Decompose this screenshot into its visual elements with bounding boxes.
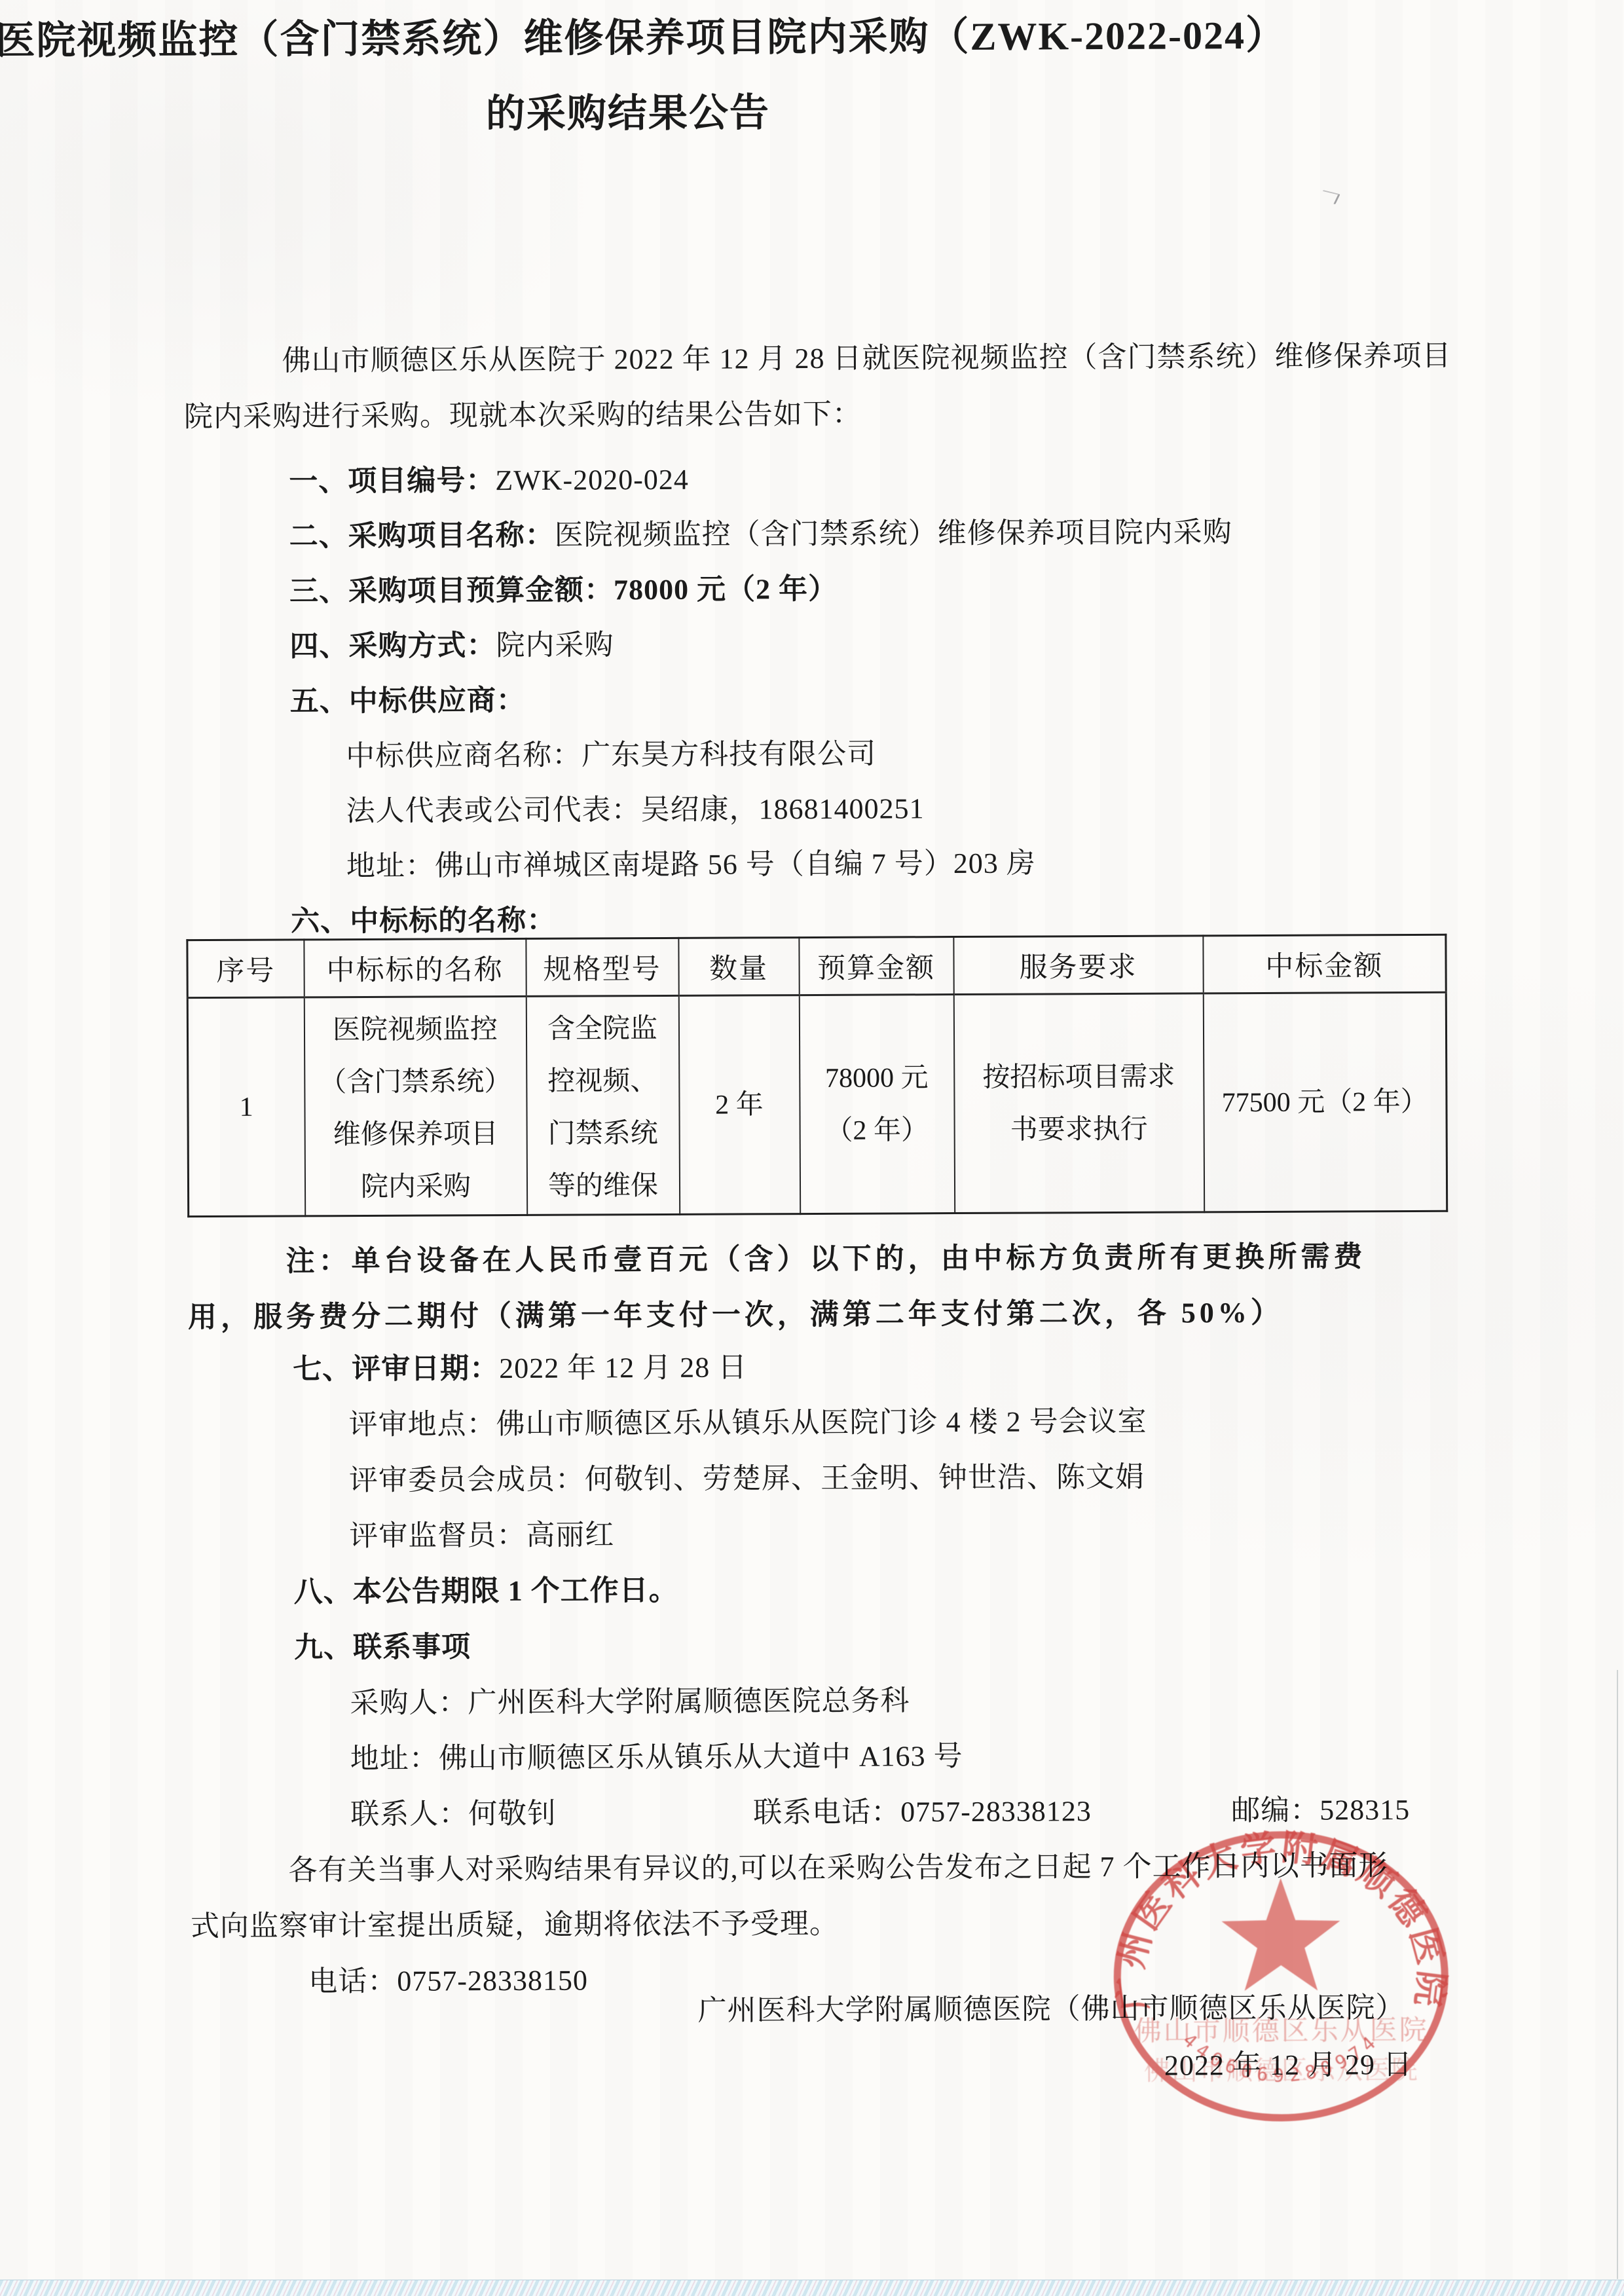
cell-qty: 2 年 xyxy=(678,995,800,1215)
signature-date: 2022 年 12 月 29 日 xyxy=(1164,2042,1412,2089)
note-line-2: 用，服务费分二期付（满第一年支付一次，满第二年支付第二次，各 50%） xyxy=(188,1284,1452,1345)
document-title-line2: 的采购结果公告 xyxy=(0,73,1260,154)
supplier-name-line: 中标供应商名称：广东昊方科技有限公司 xyxy=(185,724,1449,785)
item-1-project-number: 一、项目编号：ZWK-2020-024 xyxy=(184,449,1448,509)
review-supervisor-line: 评审监督员：高丽红 xyxy=(189,1504,1452,1565)
item-4-method: 四、采购方式：院内采购 xyxy=(185,614,1449,675)
review-committee-line: 评审委员会成员：何敬钊、劳楚屏、王金明、钟世浩、陈文娟 xyxy=(189,1448,1452,1509)
contact-person: 联系人：何敬钊 xyxy=(350,1786,557,1842)
item-3-budget: 三、采购项目预算金额：78000 元（2 年） xyxy=(185,559,1449,620)
supplier-representative-line: 法人代表或公司代表：吴绍康，18681400251 xyxy=(185,779,1449,840)
cell-seq: 1 xyxy=(187,997,304,1217)
header-service: 服务要求 xyxy=(953,936,1203,995)
award-table-header-row: 序号 中标标的名称 规格型号 数量 预算金额 服务要求 中标金额 xyxy=(187,935,1446,997)
objection-line-1: 各有关当事人对采购结果有异议的,可以在采购公告发布之日起 7 个工作日内以书面形 xyxy=(190,1838,1454,1898)
items-section-1: 一、项目编号：ZWK-2020-024 二、采购项目名称：医院视频监控（含门禁系… xyxy=(184,449,1450,950)
objection-line-2: 式向监察审计室提出质疑，逾期将依法不予受理。 xyxy=(191,1893,1454,1954)
scan-pen-mark-artifact xyxy=(1318,190,1340,204)
item-8-notice-period: 八、本公告期限 1 个工作日。 xyxy=(189,1559,1453,1620)
document-title-line1: 医院视频监控（含门禁系统）维修保养项目院内采购（ZWK-2022-024） xyxy=(0,0,1260,79)
review-place-line: 评审地点：佛山市顺德区乐从镇乐从医院门诊 4 楼 2 号会议室 xyxy=(188,1392,1452,1453)
contact-row: 联系人：何敬钊 联系电话：0757-28338123 邮编：528315 xyxy=(190,1782,1454,1843)
item-2-project-name: 二、采购项目名称：医院视频监控（含门禁系统）维修保养项目院内采购 xyxy=(185,504,1449,565)
contact-buyer-line: 采购人：广州医科大学附属顺德医院总务科 xyxy=(189,1671,1453,1731)
document-content: 医院视频监控（含门禁系统）维修保养项目院内采购（ZWK-2022-024） 的采… xyxy=(0,0,1624,2296)
contact-postcode: 邮编：528315 xyxy=(1231,1782,1410,1838)
award-table: 序号 中标标的名称 规格型号 数量 预算金额 服务要求 中标金额 1 医院视频监… xyxy=(186,934,1448,1217)
cell-budget: 78000 元 （2 年） xyxy=(799,995,954,1214)
scan-edge-line-artifact xyxy=(1617,1670,1618,2279)
award-table-row: 1 医院视频监控 （含门禁系统） 维修保养项目 院内采购 含全院监 控视频、 门… xyxy=(187,992,1447,1216)
intro-line-2: 院内采购进行采购。现就本次采购的结果公告如下： xyxy=(184,384,1448,445)
note-line-1: 注：单台设备在人民币壹百元（含）以下的，由中标方负责所有更换所需费 xyxy=(187,1229,1451,1289)
items-section-2: 七、评审日期：2022 年 12 月 28 日 评审地点：佛山市顺德区乐从镇乐从… xyxy=(188,1337,1454,1843)
objection-paragraph: 各有关当事人对采购结果有异议的,可以在采购公告发布之日起 7 个工作日内以书面形… xyxy=(190,1838,1454,2010)
cell-spec: 含全院监 控视频、 门禁系统 等的维保 xyxy=(526,995,679,1215)
item-9-contact-matters: 九、联系事项 xyxy=(189,1615,1453,1676)
item-7-review-date: 七、评审日期：2022 年 12 月 28 日 xyxy=(188,1337,1452,1398)
header-award-amount: 中标金额 xyxy=(1203,935,1446,993)
supplier-address-line: 地址：佛山市禅城区南堤路 56 号（自编 7 号）203 房 xyxy=(186,834,1450,895)
contact-address-line: 地址：佛山市顺德区乐从镇乐从大道中 A163 号 xyxy=(190,1726,1454,1787)
scanned-document-page: 医院视频监控（含门禁系统）维修保养项目院内采购（ZWK-2022-024） 的采… xyxy=(0,0,1624,2296)
header-award-name: 中标标的名称 xyxy=(304,938,526,997)
cell-award-amount: 77500 元（2 年） xyxy=(1203,992,1447,1212)
table-note: 注：单台设备在人民币壹百元（含）以下的，由中标方负责所有更换所需费 用，服务费分… xyxy=(187,1229,1452,1345)
item-5-winning-supplier: 五、中标供应商： xyxy=(185,669,1449,730)
scan-bottom-edge-artifact xyxy=(0,2280,1624,2296)
cell-service: 按招标项目需求 书要求执行 xyxy=(953,993,1204,1213)
intro-paragraph: 佛山市顺德区乐从医院于 2022 年 12 月 28 日就医院视频监控（含门禁系… xyxy=(183,328,1448,445)
intro-line-1: 佛山市顺德区乐从医院于 2022 年 12 月 28 日就医院视频监控（含门禁系… xyxy=(183,328,1447,389)
header-qty: 数量 xyxy=(678,938,799,996)
header-spec: 规格型号 xyxy=(526,938,678,996)
header-budget: 预算金额 xyxy=(799,937,953,995)
contact-phone: 联系电话：0757-28338123 xyxy=(753,1783,1092,1840)
header-seq: 序号 xyxy=(187,940,304,998)
cell-award-name: 医院视频监控 （含门禁系统） 维修保养项目 院内采购 xyxy=(304,996,526,1215)
signature-organization: 广州医科大学附属顺德医院（佛山市顺德区乐从医院） xyxy=(697,1985,1405,2034)
